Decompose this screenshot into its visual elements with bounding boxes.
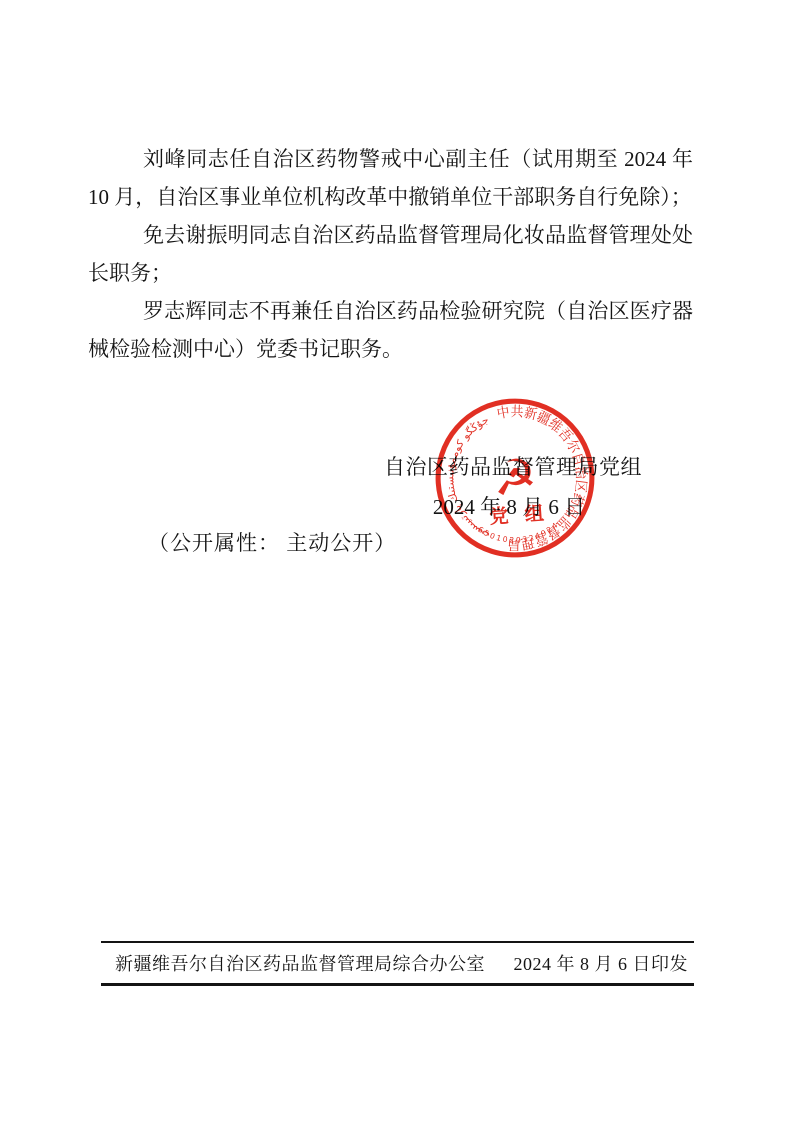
seal-graphic: 中共新疆维吾尔自治区药品监督管理局 جۇڭگو كوممۇنىستىك پارت… — [423, 386, 607, 570]
hammer-sickle-icon: ☭ — [491, 449, 538, 508]
document-page: 刘峰同志任自治区药物警戒中心副主任（试用期至 2024 年 10 月，自治区事业… — [0, 0, 793, 1122]
official-seal: 中共新疆维吾尔自治区药品监督管理局 جۇڭگو كوممۇنىستىك پارت… — [423, 386, 607, 570]
paragraph-liufeng: 刘峰同志任自治区药物警戒中心副主任（试用期至 2024 年 10 月，自治区事业… — [88, 140, 693, 216]
paragraph-luozhihui: 罗志辉同志不再兼任自治区药品检验研究院（自治区医疗器械检验检测中心）党委书记职务… — [88, 292, 693, 368]
footer-issuer: 新疆维吾尔自治区药品监督管理局综合办公室 — [115, 950, 485, 976]
paragraph-xiezhenming: 免去谢振明同志自治区药品监督管理局化妆品监督管理处处长职务； — [88, 216, 693, 292]
publicity-note: （公开属性： 主动公开） — [148, 527, 396, 557]
footer-print-date: 2024 年 8 月 6 日印发 — [514, 950, 689, 976]
print-footer: 新疆维吾尔自治区药品监督管理局综合办公室 2024 年 8 月 6 日印发 — [101, 941, 694, 986]
document-body: 刘峰同志任自治区药物警戒中心副主任（试用期至 2024 年 10 月，自治区事业… — [88, 140, 693, 368]
